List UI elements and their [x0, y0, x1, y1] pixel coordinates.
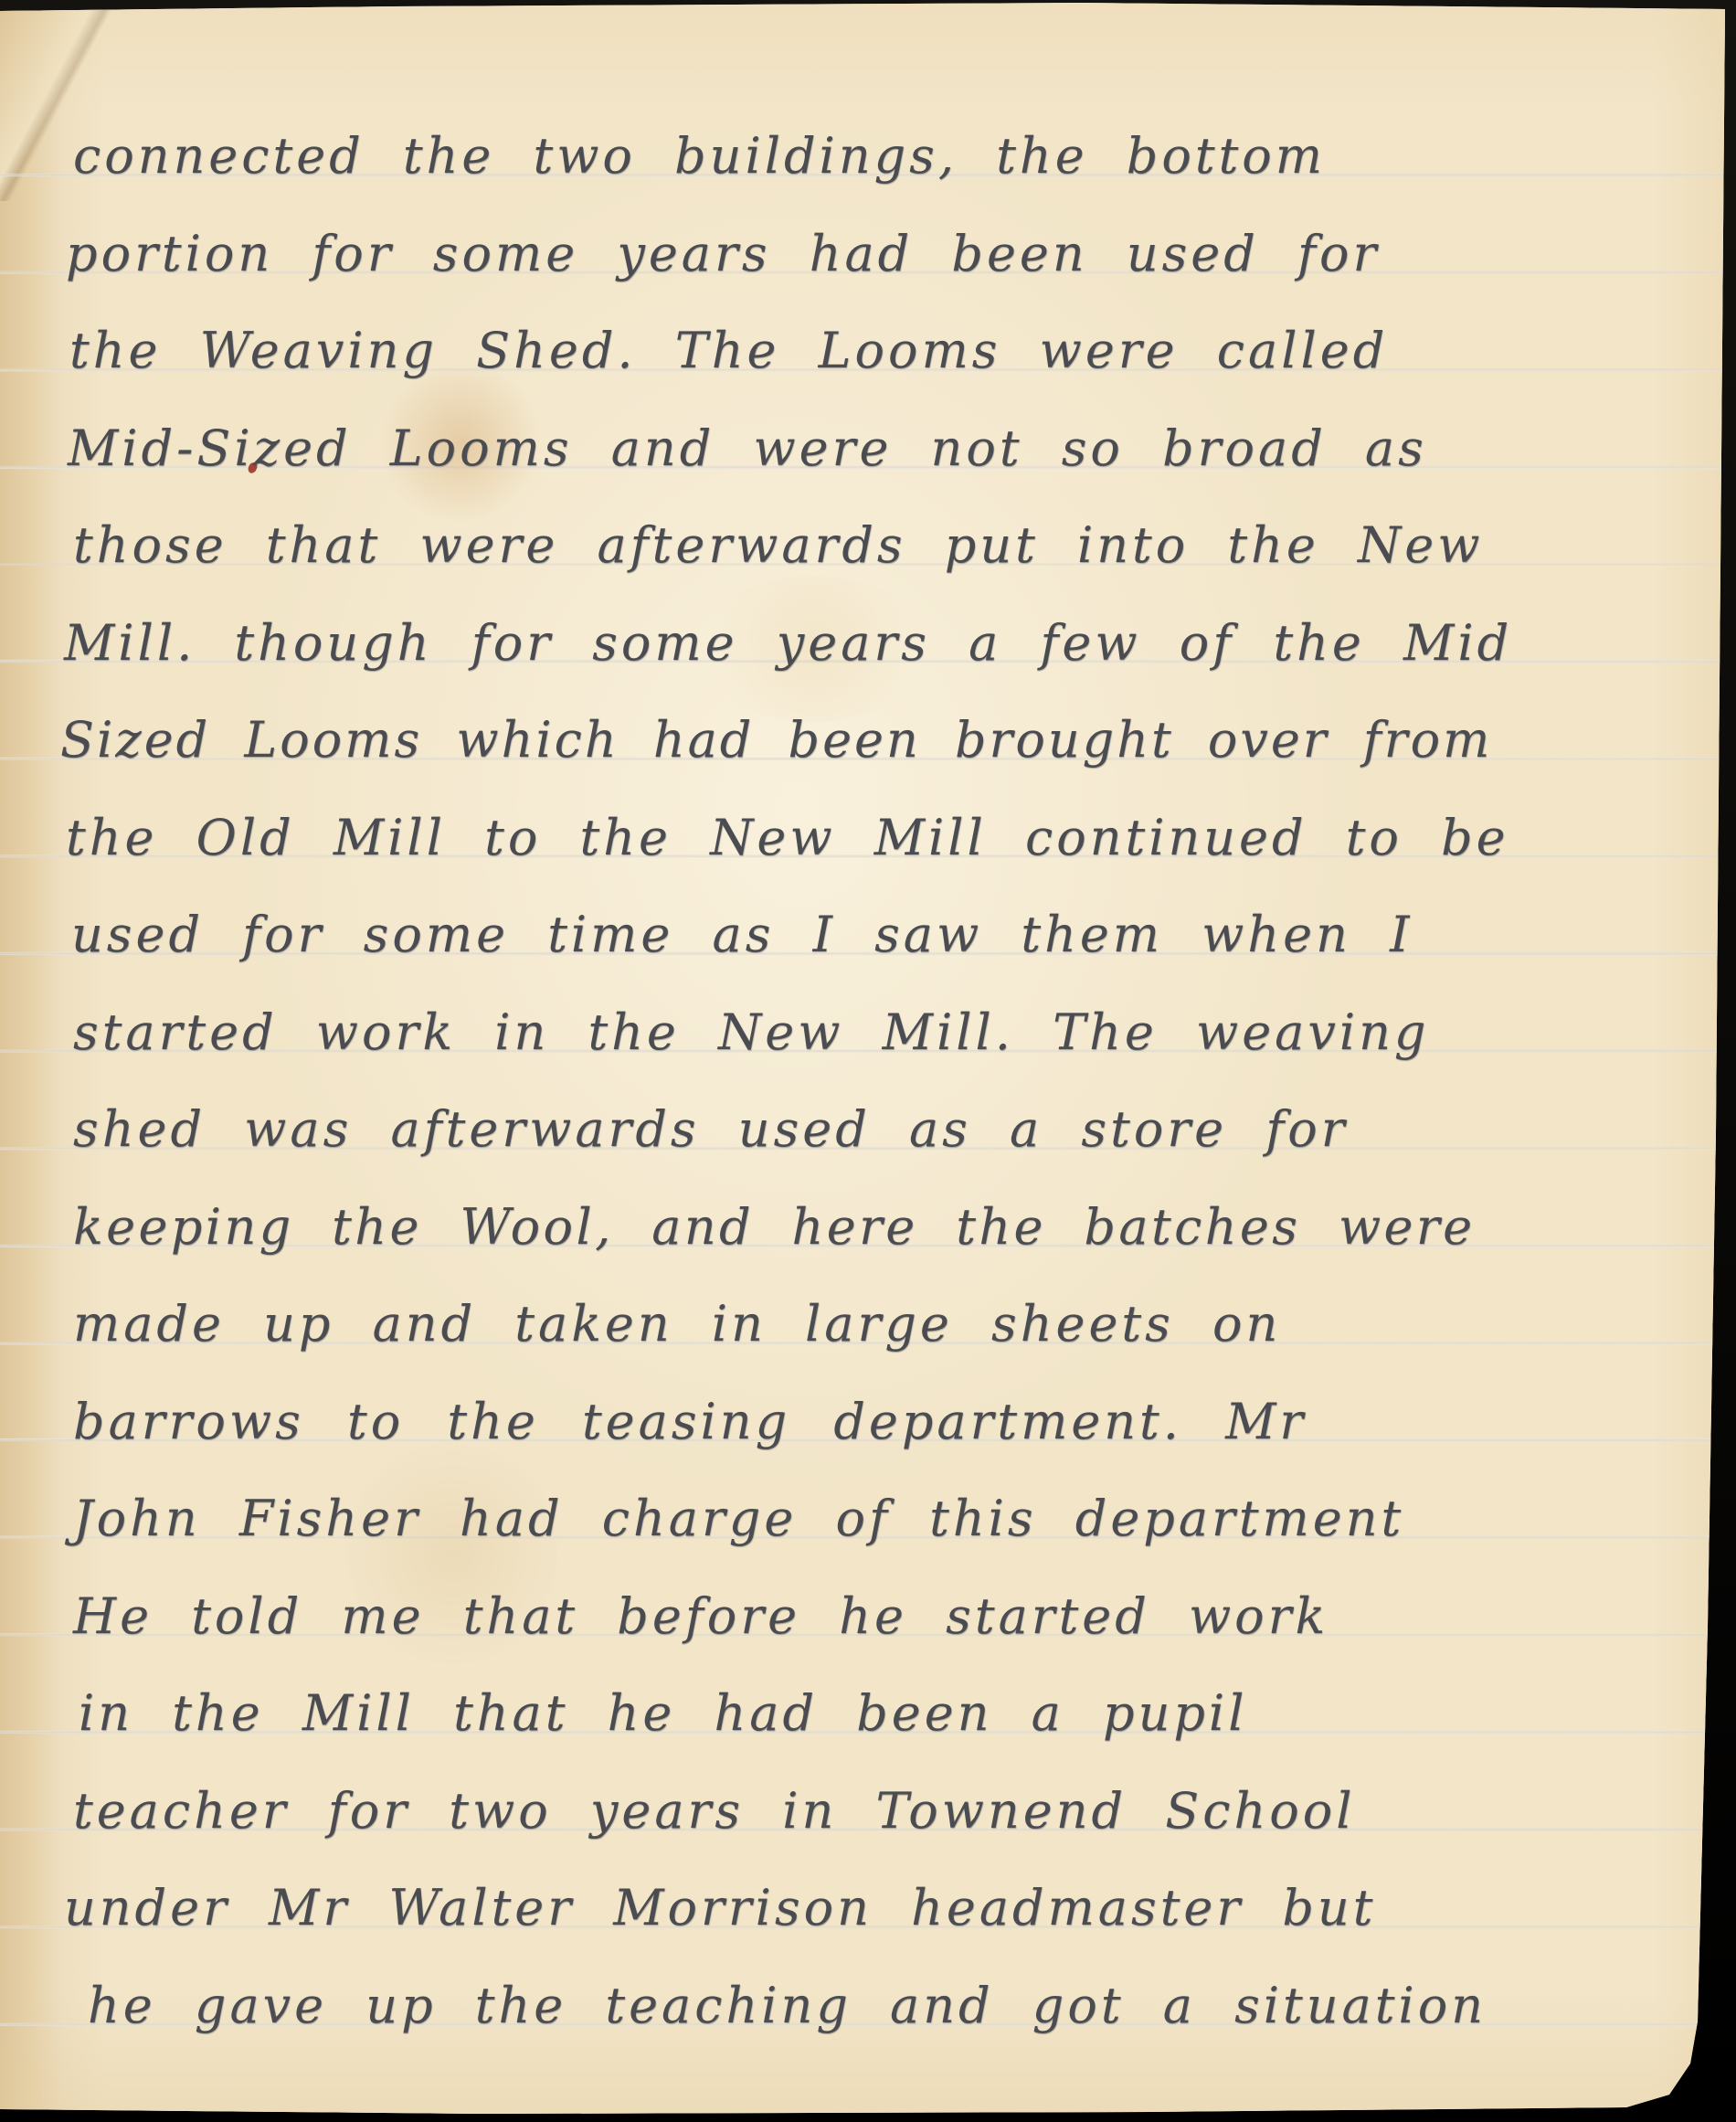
handwritten-line: Mid-Sized Looms and were not so broad as: [0, 400, 1736, 498]
notebook-page: connected the two buildings, the bottom …: [0, 0, 1736, 2122]
handwritten-line: Sized Looms which had been brought over …: [0, 692, 1736, 790]
handwritten-line: used for some time as I saw them when I: [0, 886, 1736, 984]
handwritten-text: connected the two buildings, the bottom …: [0, 108, 1736, 2054]
handwritten-line: Mill. though for some years a few of the…: [0, 595, 1736, 693]
handwritten-line: he gave up the teaching and got a situat…: [0, 1958, 1736, 2055]
handwritten-line: connected the two buildings, the bottom: [0, 108, 1736, 206]
handwritten-line: those that were afterwards put into the …: [0, 497, 1736, 595]
handwritten-line: He told me that before he started work: [0, 1568, 1736, 1666]
handwritten-line: John Fisher had charge of this departmen…: [0, 1470, 1736, 1568]
handwritten-line: started work in the New Mill. The weavin…: [0, 984, 1736, 1082]
handwritten-line: barrows to the teasing department. Mr: [0, 1374, 1736, 1471]
handwritten-line: in the Mill that he had been a pupil: [0, 1665, 1736, 1763]
handwritten-line: under Mr Walter Morrison headmaster but: [0, 1860, 1736, 1958]
handwritten-line: made up and taken in large sheets on: [0, 1276, 1736, 1374]
handwritten-line: teacher for two years in Townend School: [0, 1763, 1736, 1861]
handwritten-line: keeping the Wool, and here the batches w…: [0, 1179, 1736, 1277]
handwritten-line: shed was afterwards used as a store for: [0, 1081, 1736, 1179]
handwritten-line: the Weaving Shed. The Looms were called: [0, 302, 1736, 400]
handwritten-line: the Old Mill to the New Mill continued t…: [0, 790, 1736, 887]
handwritten-line: portion for some years had been used for: [0, 206, 1736, 303]
